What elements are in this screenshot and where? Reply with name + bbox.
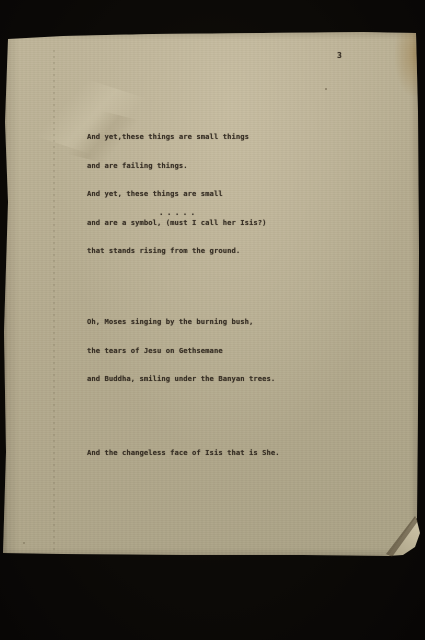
poem-line: And yet,these things are small things: [87, 132, 280, 142]
poem-line: and are a symbol, (must I call her Isis?…: [87, 218, 280, 228]
poem-line: that stands rising from the ground.: [87, 246, 280, 256]
paper-speck: [325, 88, 327, 90]
separator-dots: .....: [159, 208, 199, 217]
paper-sheet: 3 And yet,these things are small things …: [3, 32, 419, 558]
page-number: 3: [337, 51, 342, 60]
paper-speck: [23, 542, 25, 544]
poem-line: Oh, Moses singing by the burning bush,: [87, 317, 280, 327]
poem-text: And yet,these things are small things an…: [87, 94, 280, 496]
poem-line: And yet, these things are small: [87, 189, 280, 199]
photo-background: 3 And yet,these things are small things …: [0, 0, 425, 640]
poem-line: and are failing things.: [87, 161, 280, 171]
poem-stanza: And the changeless face of Isis that is …: [87, 429, 280, 477]
poem-line: the tears of Jesu on Gethsemane: [87, 346, 280, 356]
poem-line: And the changeless face of Isis that is …: [87, 448, 280, 458]
poem-stanza: And yet,these things are small things an…: [87, 113, 280, 275]
paper-stain: [395, 32, 419, 96]
poem-stanza: Oh, Moses singing by the burning bush, t…: [87, 298, 280, 403]
poem-line: and Buddha, smiling under the Banyan tre…: [87, 374, 280, 384]
